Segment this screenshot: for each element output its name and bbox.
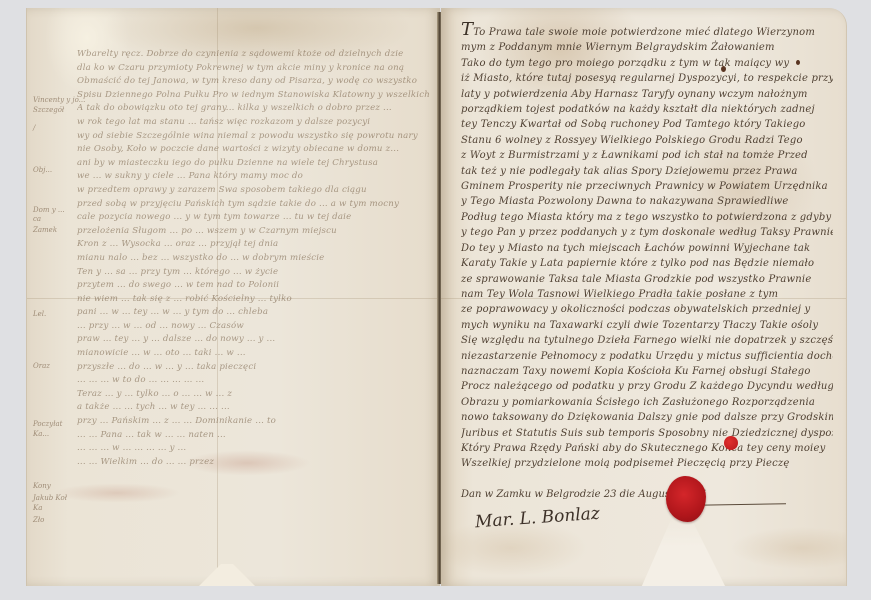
text-line: mych wyniku na Taxawarki czyli dwie Toze… xyxy=(461,318,833,333)
text-line: nie Osoby, Koło w poczcie dane wartości … xyxy=(77,143,433,157)
margin-note: Zamek xyxy=(33,226,57,234)
text-line: ... ... Pana ... tak w ... ... naten ... xyxy=(77,429,433,443)
text-line: Się względu na tytulnego Dzieła Farnego … xyxy=(461,333,833,348)
right-page-text: TTo Prawa tale swoie moie potwierdzone m… xyxy=(461,22,833,472)
text-line: Obmaścić do tej Janowa, w tym kreso dany… xyxy=(77,75,433,89)
text-line: y Tego Miasta Pozwolony Dawna to nakazyw… xyxy=(461,194,833,209)
text-line: TTo Prawa tale swoie moie potwierdzone m… xyxy=(461,22,833,40)
margin-note: Ka... xyxy=(33,430,49,438)
margin-note: Jakub Koł xyxy=(33,494,67,502)
text-line: porządkiem tojest podatków na każdy kszt… xyxy=(461,102,833,117)
left-page-text: Wbarelty ręcz. Dobrze do czynienia z sąd… xyxy=(77,48,433,469)
text-line: Wszelkiej przydzielone moią podpisemeł P… xyxy=(461,456,833,471)
text-line: Karaty Takie y Lata papiernie które z ty… xyxy=(461,256,833,271)
text-line: Do tey y Miasto na tych miejscach Łachów… xyxy=(461,241,833,256)
margin-note: Dom y ... xyxy=(33,206,65,214)
text-line: przelożenia Sługom ... po ... wszem y w … xyxy=(77,225,433,239)
text-line: Spisu Dziennego Polna Pułku Pro w iednym… xyxy=(77,89,433,103)
margin-note: Zło xyxy=(33,516,44,524)
paper-repair-patch xyxy=(641,520,726,586)
text-line: ... ... ... w ... ... ... ... y ... xyxy=(77,442,433,456)
text-line: przy ... Pańskim ... z ... ... Dominikan… xyxy=(77,415,433,429)
text-line: ze poprawowacy y okoliczności podczas ob… xyxy=(461,302,833,317)
text-line: Tako do tym tego pro moiego porządku z t… xyxy=(461,56,833,71)
margin-note: / xyxy=(33,124,35,132)
text-line: cale pozycia nowego ... y w tym tym towa… xyxy=(77,211,433,225)
text-line: a także ... ... tych ... w tey ... ... .… xyxy=(77,401,433,415)
text-line: nam Tey Wola Tasnowi Wielkiego Pradła ta… xyxy=(461,287,833,302)
text-line: Teraz ... y ... tylko ... o ... ... w ..… xyxy=(77,388,433,402)
wax-seal-icon xyxy=(666,476,706,522)
text-line: mianu nalo ... bez ... wszystko do ... w… xyxy=(77,252,433,266)
text-line: niezastarzenie Pełnomocy z podatku Urzęd… xyxy=(461,349,833,364)
text-line: przytem ... do swego ... w tem nad to Po… xyxy=(77,279,433,293)
text-line: ... ... Wielkim ... do ... ... przez xyxy=(77,456,433,470)
text-line: ze sprawowanie Taksa tale Miasta Grodzki… xyxy=(461,272,833,287)
signature: Mar. L. Bonlaz xyxy=(474,504,600,533)
text-line: pani ... w ... tey ... w ... y tym do ..… xyxy=(77,306,433,320)
left-page: Vincenty y jo... Szczegół / Obj... Dom y… xyxy=(26,8,440,586)
text-line: Gminem Prosperity nie przeciwnych Prawni… xyxy=(461,179,833,194)
text-line: naznaczam Taxy nowemi Kopia Kościoła Ku … xyxy=(461,364,833,379)
text-line: ... przy ... w ... od ... nowy ... Czasó… xyxy=(77,320,433,334)
decorated-initial: T xyxy=(461,22,473,40)
text-line: Obrazu y pomiarkowania Ścisłego ich Zasł… xyxy=(461,395,833,410)
text-line: Wbarelty ręcz. Dobrze do czynienia z sąd… xyxy=(77,48,433,62)
text-line: wy od siebie Szczególnie wina niemal z p… xyxy=(77,130,433,144)
text-line: nowo taksowany do Dziękowania Dalszy gni… xyxy=(461,410,833,425)
text-line: we ... w sukny y ciele ... Pana który ma… xyxy=(77,170,433,184)
text-line: praw ... tey ... y ... dalsze ... do now… xyxy=(77,333,433,347)
text-line: A tak do obowiązku oto tej grany... kilk… xyxy=(77,102,433,116)
margin-note: Lel. xyxy=(33,310,46,318)
text-line: Stanu 6 wolney z Rossyey Wielkiego Polsk… xyxy=(461,133,833,148)
text-line: ... ... ... w to do ... ... ... ... ... xyxy=(77,374,433,388)
margin-note: Poczyłat xyxy=(33,420,62,428)
text-line: przyszłe ... do ... w ... y ... taka pie… xyxy=(77,361,433,375)
text-line: Juribus et Statutis Suis sub temporis Sp… xyxy=(461,426,833,441)
paper-repair-patch xyxy=(197,564,257,586)
text-line: Procz należącego od podatku y przy Grodu… xyxy=(461,379,833,394)
text-line: mianowicie ... w ... oto ... taki ... w … xyxy=(77,347,433,361)
text-line: z Woyt z Burmistrzami y z Ławnikami pod … xyxy=(461,148,833,163)
margin-note: Kony xyxy=(33,482,51,490)
margin-note: Oraz xyxy=(33,362,50,370)
text-line: nie wiem ... tak się z ... robić Kościel… xyxy=(77,293,433,307)
text-line: Który Prawa Rzędy Pański aby do Skuteczn… xyxy=(461,441,833,456)
text-line: tak też y nie podlegały tak alias Spory … xyxy=(461,164,833,179)
margin-note: Szczegół xyxy=(33,106,64,114)
date-underline xyxy=(696,503,786,506)
margin-note: Ka xyxy=(33,504,42,512)
text-line: w rok tego lat ma stanu ... tańsz więc r… xyxy=(77,116,433,130)
text-line: w przedtem oprawy y zarazem Swa sposobem… xyxy=(77,184,433,198)
margin-note: ca xyxy=(33,215,41,223)
text-line: Ten y ... sa ... przy tym ... którego ..… xyxy=(77,266,433,280)
ink-blot xyxy=(721,66,726,72)
text-line: iż Miasto, które tutaj posesyą regularne… xyxy=(461,71,833,86)
text-line: tey Tenczy Kwartał od Sobą ruchoney Pod … xyxy=(461,117,833,132)
right-page: TTo Prawa tale swoie moie potwierdzone m… xyxy=(441,8,847,586)
text-line: y tego Pan y przez poddanych y z tym dos… xyxy=(461,225,833,240)
text-line: przed sobą w przyjęciu Pańskich tym sądz… xyxy=(77,198,433,212)
text-line: ani by w miasteczku iego do pułku Dzienn… xyxy=(77,157,433,171)
text-line: dla ko w Czaru przymioty Pokrewnej w tym… xyxy=(77,62,433,76)
text-line: Kron z ... Wysocka ... oraz ... przyjął … xyxy=(77,238,433,252)
ink-blot xyxy=(796,60,800,65)
small-wax-drop xyxy=(724,436,738,450)
text-line: mym z Poddanym mnie Wiernym Belgraydskim… xyxy=(461,40,833,55)
margin-note: Obj... xyxy=(33,166,52,174)
text-line: Podług tego Miasta który ma z tego wszys… xyxy=(461,210,833,225)
text-line: laty y potwierdzenia Aby Harnasz Taryfy … xyxy=(461,87,833,102)
